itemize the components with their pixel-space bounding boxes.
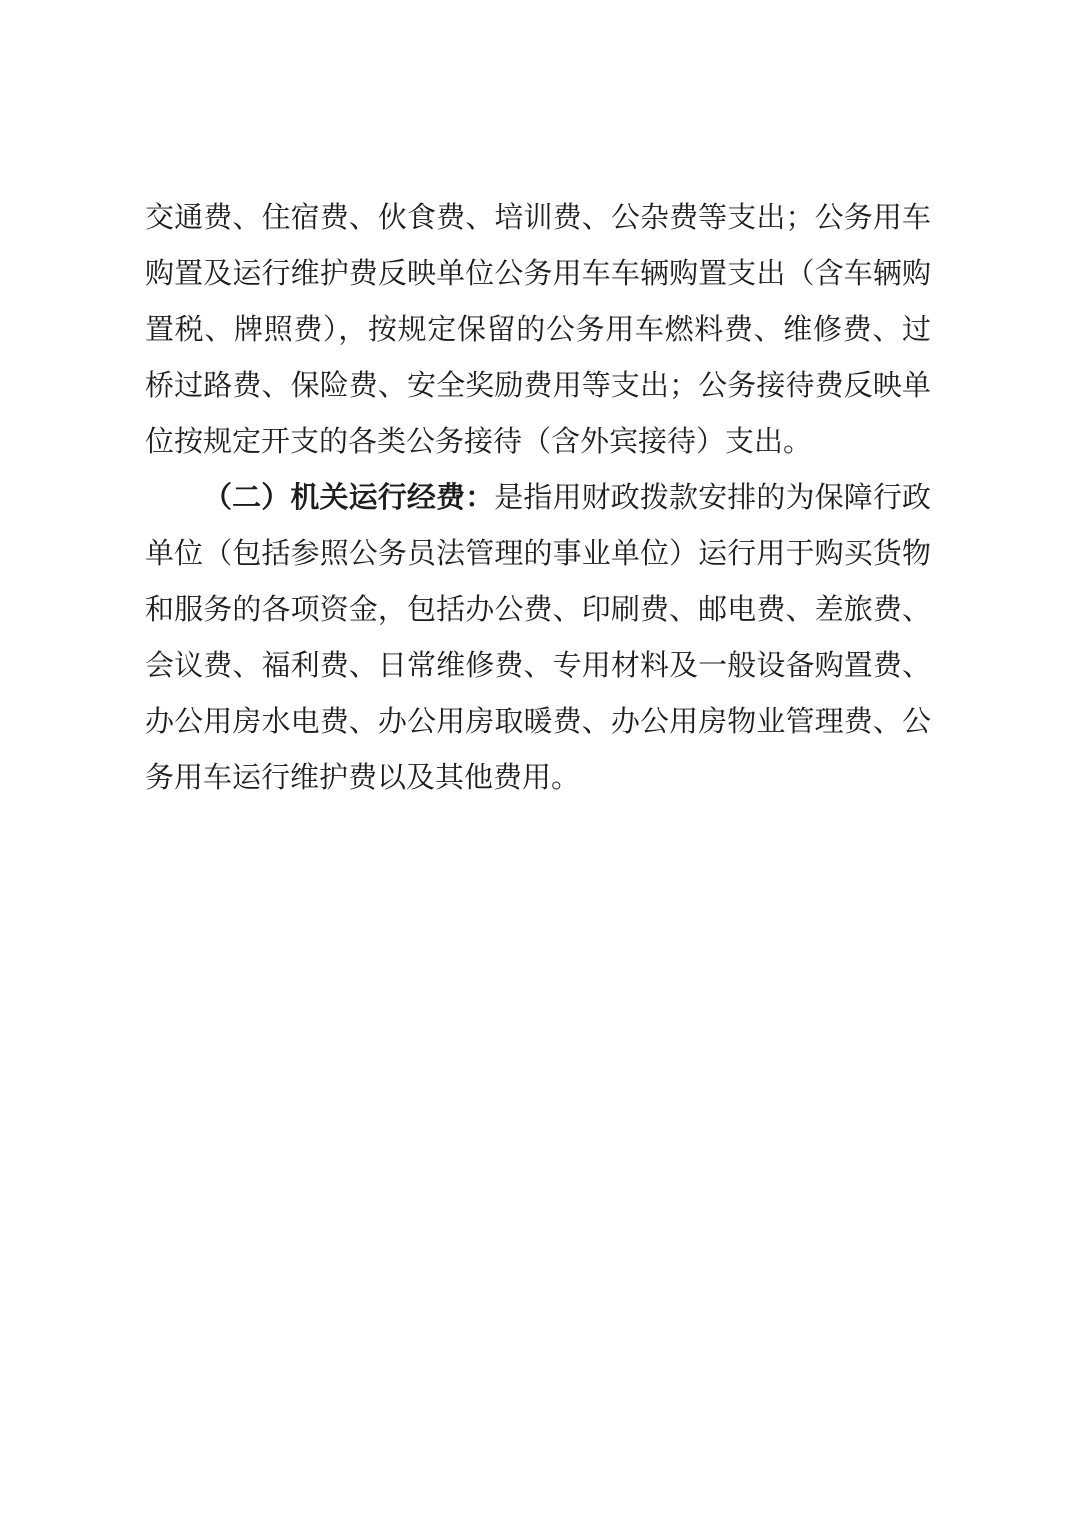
document-body: 交通费、住宿费、伙食费、培训费、公杂费等支出；公务用车 购置及运行维护费反映单位… [145, 189, 931, 805]
paragraph1-line: 置税、牌照费），按规定保留的公务用车燃料费、维修费、过 [145, 301, 931, 357]
paragraph1-line: 购置及运行维护费反映单位公务用车车辆购置支出（含车辆购 [145, 245, 931, 301]
section-heading: （二）机关运行经费： [203, 480, 494, 514]
paragraph2-line: 办公用房水电费、办公用房取暖费、办公用房物业管理费、公 [145, 693, 931, 749]
paragraph2-line: 单位（包括参照公务员法管理的事业单位）运行用于购买货物 [145, 525, 931, 581]
paragraph1-line: 交通费、住宿费、伙食费、培训费、公杂费等支出；公务用车 [145, 189, 931, 245]
paragraph2-line: 和服务的各项资金，包括办公费、印刷费、邮电费、差旅费、 [145, 581, 931, 637]
paragraph1-last-line: 位按规定开支的各类公务接待（含外宾接待）支出。 [145, 413, 931, 469]
paragraph2-last-line: 务用车运行维护费以及其他费用。 [145, 749, 931, 805]
paragraph2-line: 会议费、福利费、日常维修费、专用材料及一般设备购置费、 [145, 637, 931, 693]
paragraph2-lead-text: 是指用财政拨款安排的为保障行政 [494, 480, 931, 514]
paragraph1-line: 桥过路费、保险费、安全奖励费用等支出；公务接待费反映单 [145, 357, 931, 413]
document-page: 交通费、住宿费、伙食费、培训费、公杂费等支出；公务用车 购置及运行维护费反映单位… [0, 0, 1074, 1520]
paragraph2-first-line: （二）机关运行经费：是指用财政拨款安排的为保障行政 [145, 469, 931, 525]
